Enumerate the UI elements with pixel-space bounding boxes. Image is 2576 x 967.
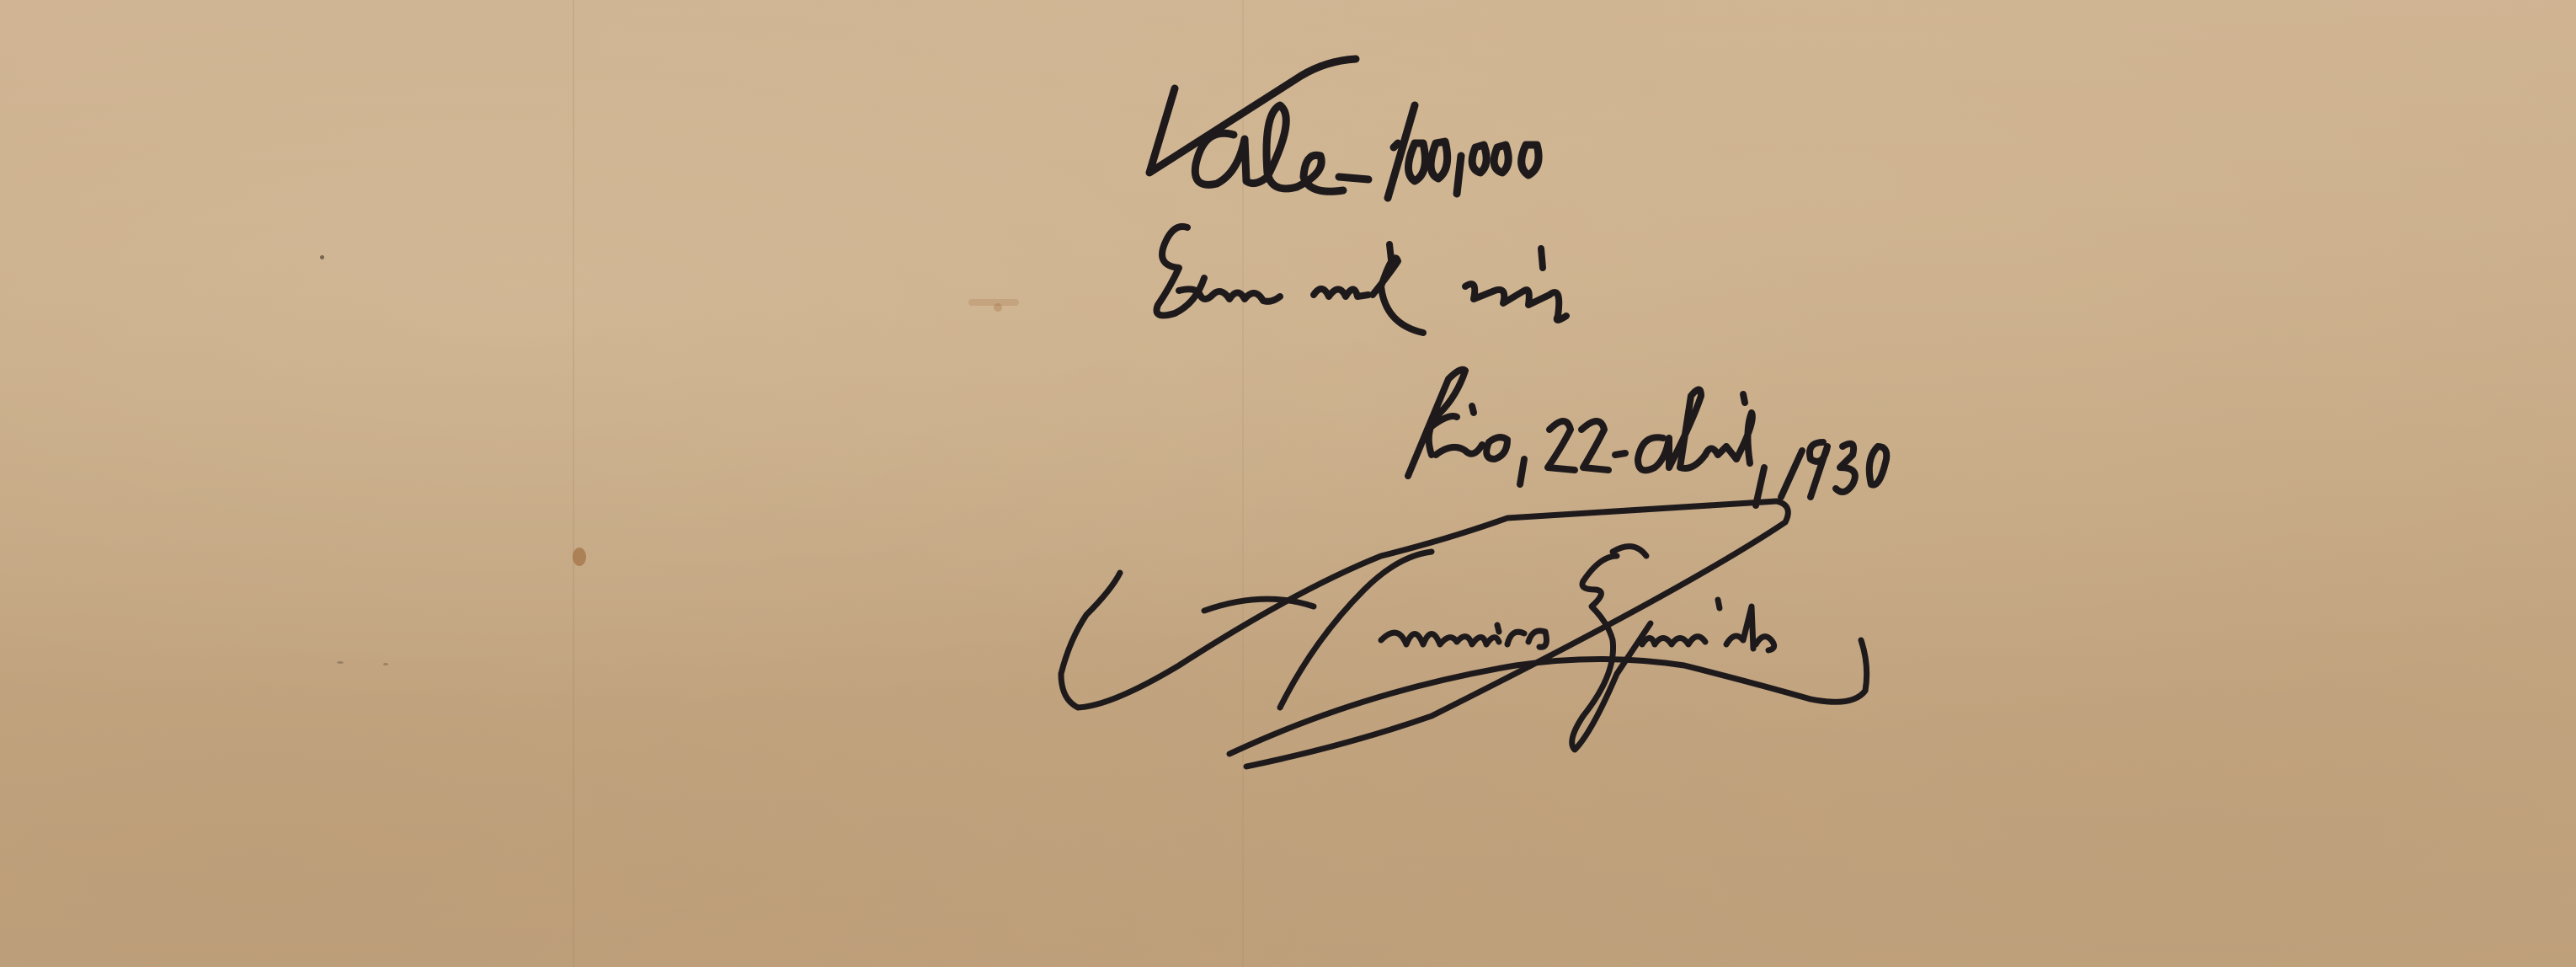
handwriting-ink xyxy=(0,0,2576,967)
signature-scrawl xyxy=(1061,501,1867,767)
handwritten-line-amount-words xyxy=(1157,227,1566,333)
aged-paper-note: Vale – 100,000 Cem mil réis Rio, 22-abri… xyxy=(0,0,2576,967)
handwritten-line-amount xyxy=(1149,59,1539,198)
handwritten-line-place-date xyxy=(1408,370,1886,505)
